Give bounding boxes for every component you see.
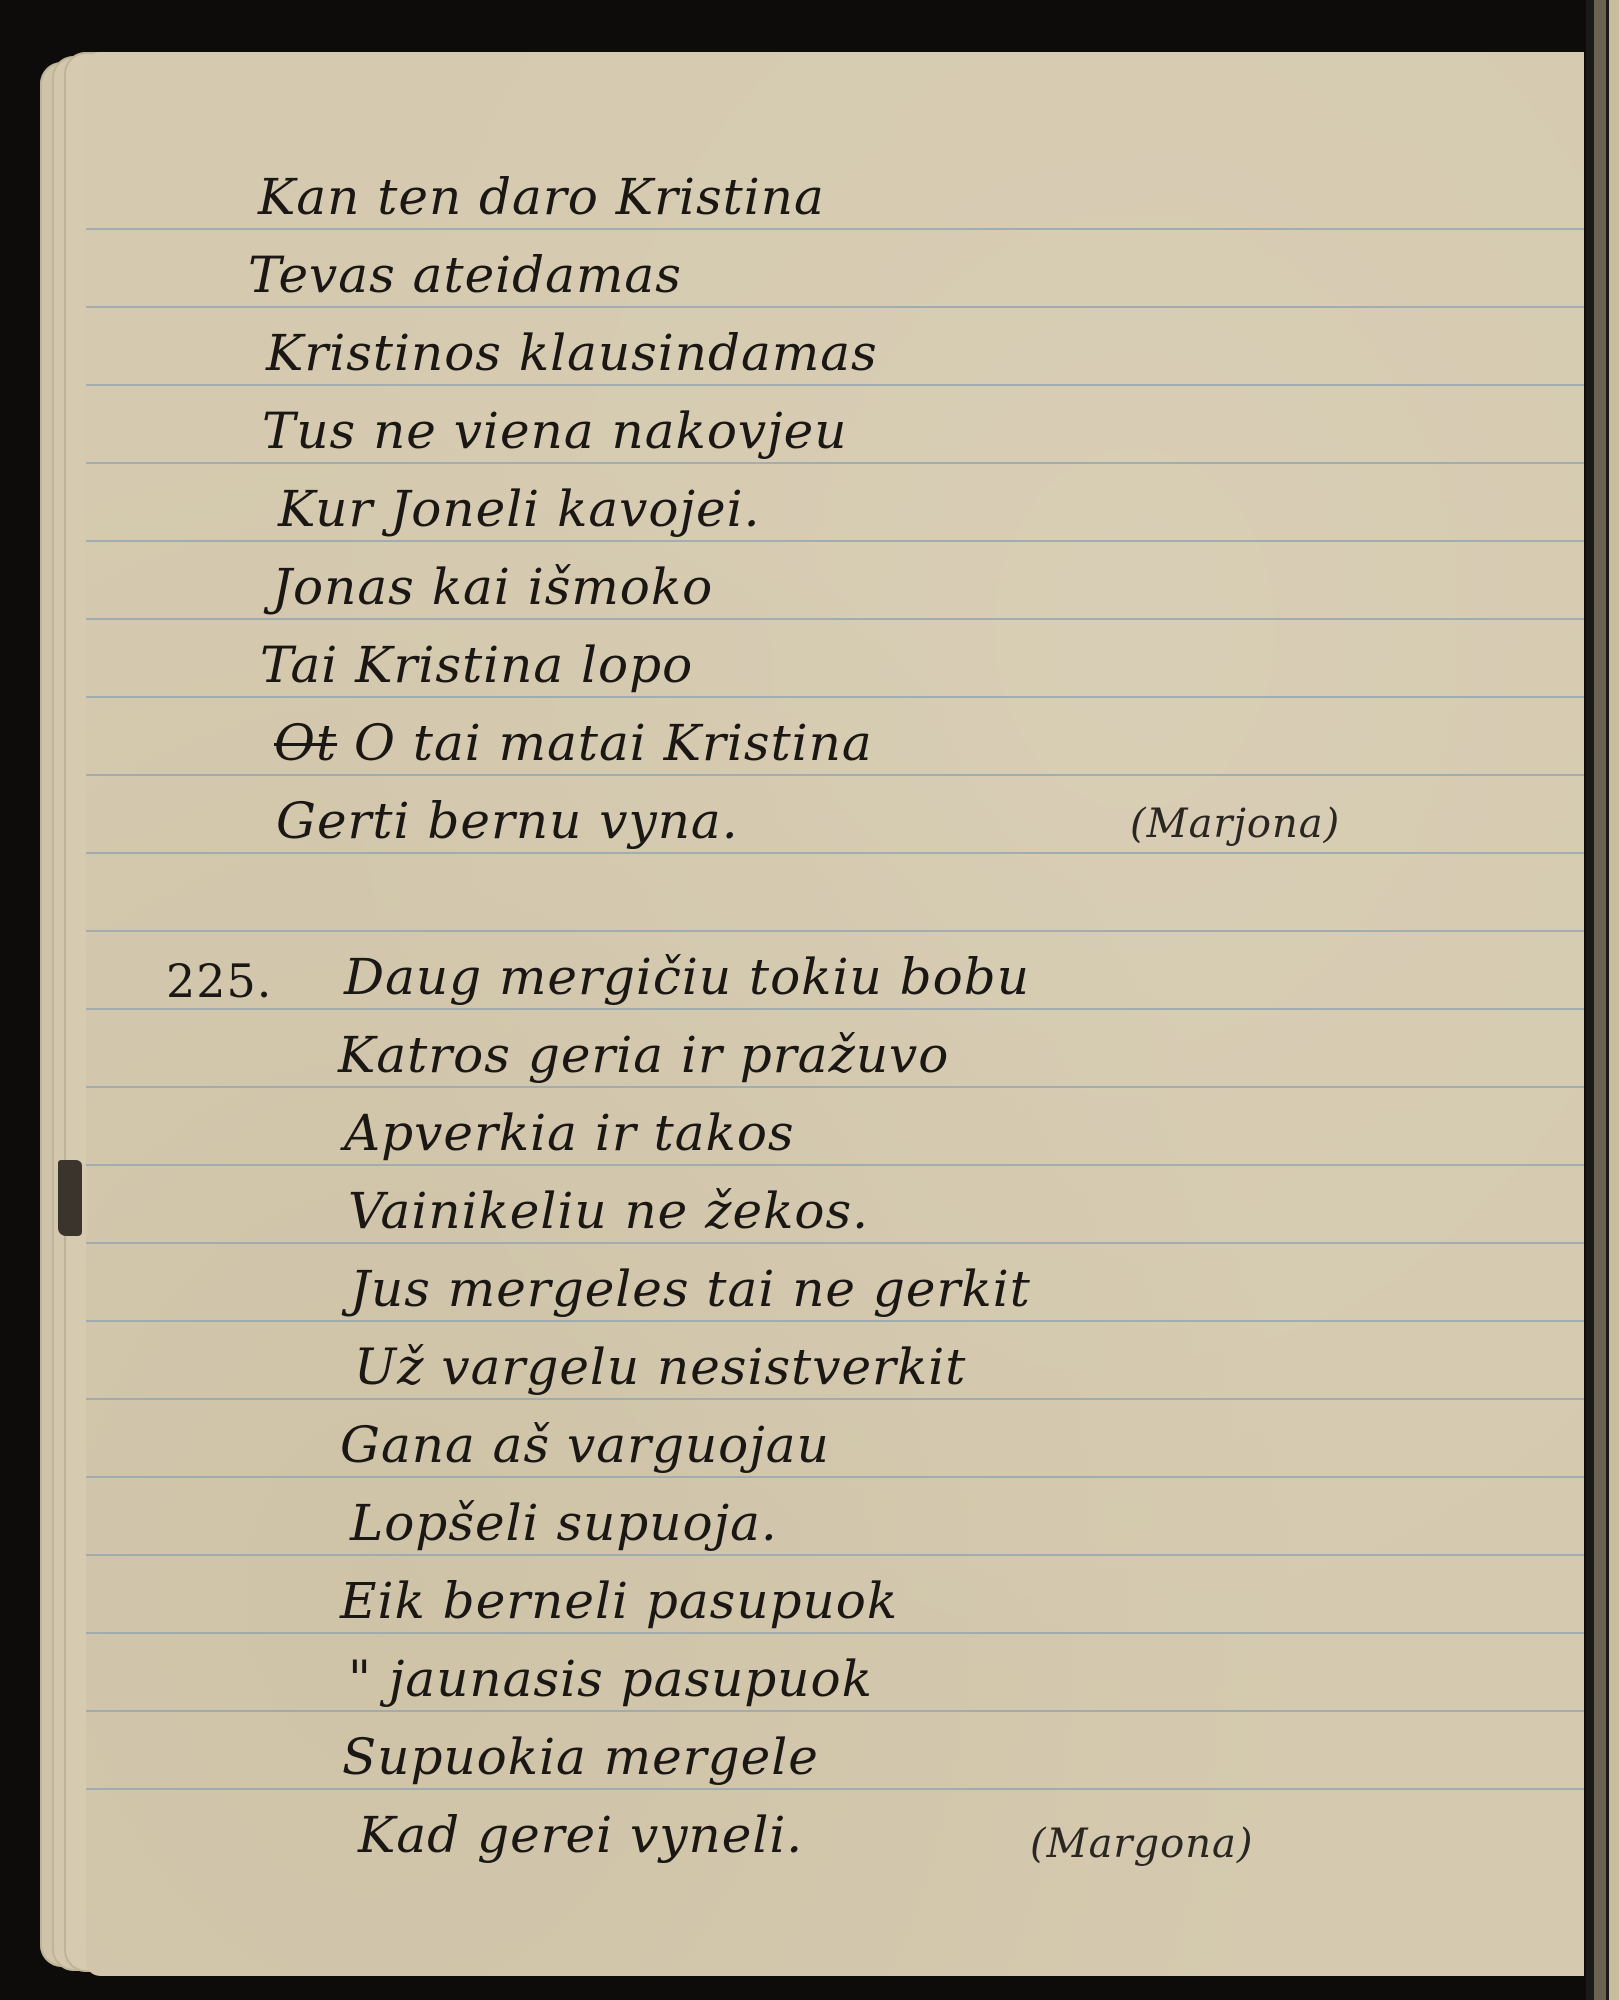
ruled-line [86,1398,1584,1400]
ruled-line [86,462,1584,464]
ruled-line [86,618,1584,620]
verse-line: Tus ne viena nakovjeu [262,406,847,456]
ruled-line [86,1164,1584,1166]
signature: (Marjona) [1130,804,1340,844]
verse-line: Kur Joneli kavojei. [278,484,761,534]
verse-line: Jus mergeles tai ne gerkit [350,1264,1031,1314]
binding-spine [1594,0,1606,2000]
ruled-line [86,384,1584,386]
ruled-line [86,774,1584,776]
verse-line: Lopšeli supuoja. [350,1498,778,1548]
binding-spine [1586,0,1594,2000]
verse-line: Supuokia mergele [342,1732,819,1782]
verse-line: Jonas kai išmoko [272,562,713,612]
ruled-line [86,1476,1584,1478]
verse-line: Už vargelu nesistverkit [354,1342,966,1392]
verse-line: Tevas ateidamas [248,250,682,300]
verse-line: Vainikeliu ne žekos. [348,1186,869,1236]
struck-text: Ot [274,714,337,772]
stanza-number: 225. [166,958,272,1004]
signature: (Margona) [1030,1824,1253,1864]
notebook-page: Kan ten daro Kristina Tevas ateidamas Kr… [86,52,1584,1976]
ruled-line [86,1242,1584,1244]
verse-line: " jaunasis pasupuok [348,1654,873,1704]
ruled-line [86,1086,1584,1088]
verse-line: Kad gerei vyneli. [358,1810,803,1860]
ruled-line [86,852,1584,854]
verse-line: Gerti bernu vyna. [276,796,739,846]
verse-line: Katros geria ir pražuvo [338,1030,949,1080]
ruled-line [86,1008,1584,1010]
ruled-line [86,228,1584,230]
verse-line: Tai Kristina lopo [260,640,693,690]
verse-text: O tai matai Kristina [354,714,873,772]
ruled-line [86,1788,1584,1790]
ruled-line [86,1320,1584,1322]
ruled-line [86,930,1584,932]
ruled-line [86,1554,1584,1556]
verse-line-with-strike: Ot O tai matai Kristina [274,718,873,768]
ruled-line [86,306,1584,308]
ruled-line [86,540,1584,542]
ruled-line [86,696,1584,698]
ink-stain [58,1160,82,1236]
ruled-line [86,1710,1584,1712]
verse-line: Apverkia ir takos [344,1108,795,1158]
verse-line: Kan ten daro Kristina [258,172,825,222]
verse-line: Daug mergičiu tokiu bobu [344,952,1030,1002]
facing-page-edge [1609,0,1619,2000]
verse-line: Gana aš varguojau [340,1420,830,1470]
verse-line: Kristinos klausindamas [266,328,878,378]
ruled-line [86,1632,1584,1634]
verse-line: Eik berneli pasupuok [340,1576,898,1626]
